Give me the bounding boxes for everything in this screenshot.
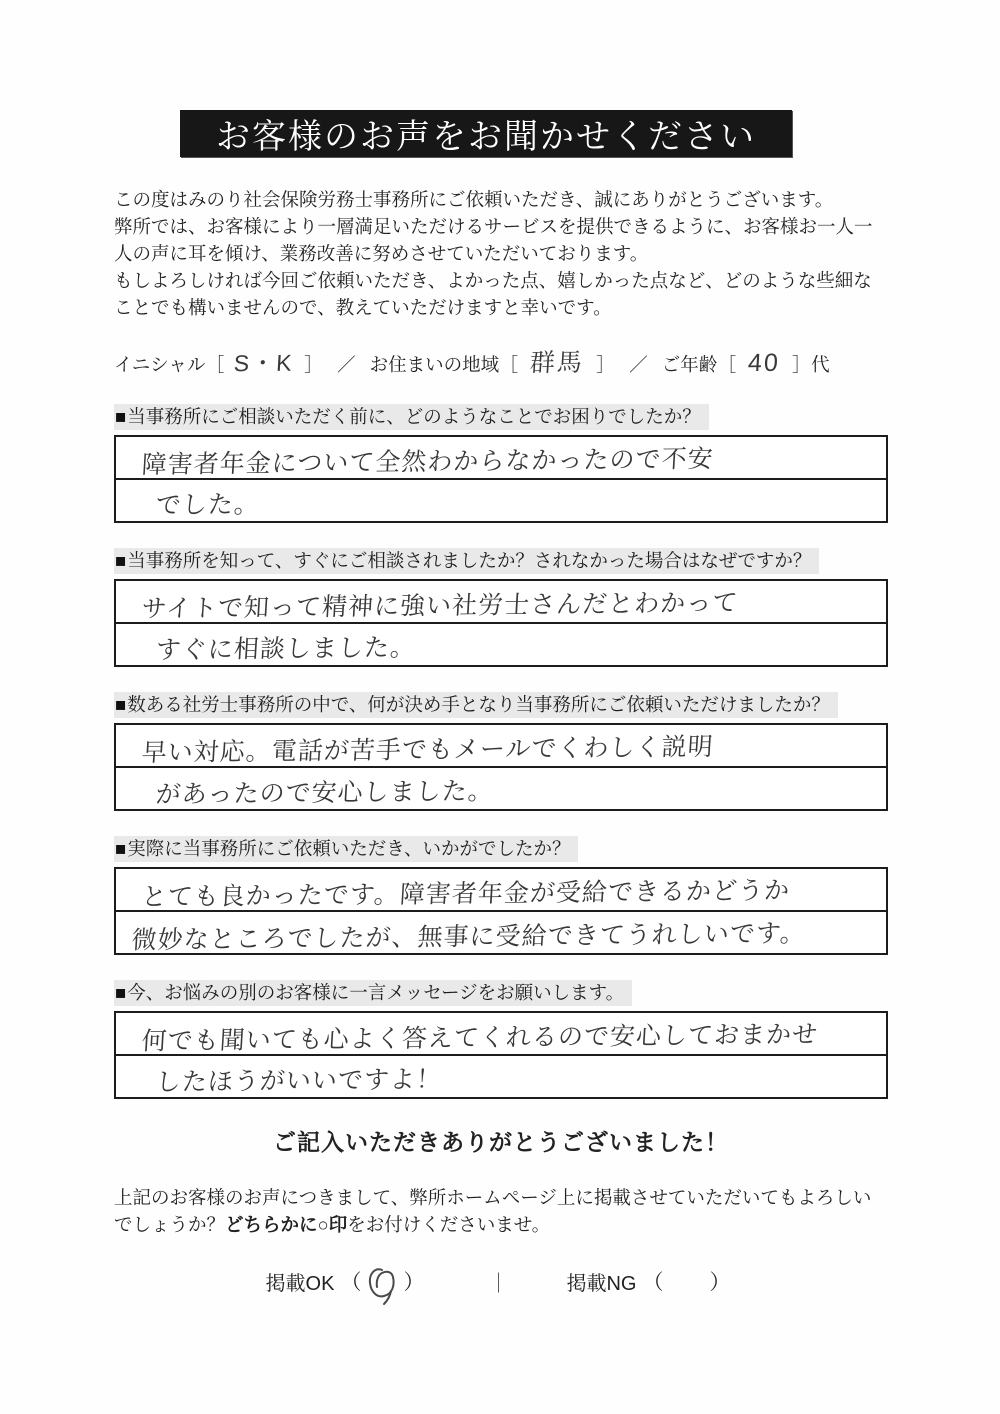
slash-separator: ／ — [337, 351, 356, 377]
handwritten-answer-line: とても良かったです。障害者年金が受給できるかどうか — [141, 871, 792, 914]
paren-close: ） — [709, 1266, 730, 1296]
handwritten-circle-icon — [365, 1263, 399, 1307]
age-label: ご年齢 — [662, 351, 718, 377]
publish-ng-option: 掲載NG （ ） — [566, 1266, 736, 1296]
initial-handwritten-value: S・K — [223, 345, 305, 379]
bullet-square-icon: ■ — [115, 406, 126, 427]
answer-box: 何でも聞いても心よく答えてくれるので安心しておまかせ したほうがいいですよ！ — [114, 1011, 888, 1099]
answer-row: とても良かったです。障害者年金が受給できるかどうか — [116, 869, 886, 912]
paren-close: ） — [403, 1266, 424, 1296]
answer-row: でした。 — [116, 480, 886, 521]
answer-row: すぐに相談しました。 — [116, 624, 886, 665]
publish-ok-option: 掲載OK （ ） — [266, 1259, 431, 1303]
question-block-5: ■今、お悩みの別のお客様に一言メッセージをお願いします。 何でも聞いても心よく答… — [114, 980, 888, 1099]
publish-ng-label: 掲載NG — [566, 1267, 636, 1296]
publish-ok-label: 掲載OK — [266, 1267, 335, 1296]
age-handwritten-value: 40 — [735, 349, 793, 379]
paren-open: （ — [340, 1266, 361, 1296]
intro-paragraph-2: 弊所では、お客様により一層満足いただけるサービスを提供できるように、お客様お一人… — [114, 213, 888, 267]
handwritten-answer-line: サイトで知って精神に強い社労士さんだとわかって — [141, 583, 740, 625]
bullet-square-icon: ■ — [115, 550, 126, 571]
scanned-feedback-form: お客様のお声をお聞かせください この度はみのり社会保険労務士事務所にご依頼いただ… — [0, 0, 1000, 1414]
consent-text-after: をお付けくださいませ。 — [347, 1214, 550, 1235]
thank-you-heading: ご記入いただきありがとうございました！ — [114, 1124, 888, 1157]
form-content: お客様のお声をお聞かせください この度はみのり社会保険労務士事務所にご依頼いただ… — [0, 0, 1000, 1303]
question-label: 当事務所にご相談いただく前に、どのようなことでお困りでしたか？ — [127, 406, 701, 427]
bracket-close: ］ — [596, 350, 615, 377]
initial-label: イニシャル — [114, 351, 205, 377]
age-suffix: 代 — [811, 351, 830, 377]
answer-row: 早い対応。電話が苦手でもメールでくわしく説明 — [116, 725, 886, 768]
answer-row: 微妙なところでしたが、無事に受給できてうれしいです。 — [116, 912, 886, 953]
consent-text-bold: どちらかに○印 — [225, 1214, 347, 1235]
intro-text: この度はみのり社会保険労務士事務所にご依頼いただき、誠にありがとうございます。 … — [114, 186, 888, 321]
divider-bar: ｜ — [488, 1267, 508, 1296]
answer-box: 早い対応。電話が苦手でもメールでくわしく説明 があったので安心しました。 — [114, 723, 888, 811]
answer-box: サイトで知って精神に強い社労士さんだとわかって すぐに相談しました。 — [114, 579, 888, 667]
handwritten-answer-line: 何でも聞いても心よく答えてくれるので安心しておまかせ — [141, 1014, 820, 1057]
question-header: ■数ある社労士事務所の中で、何が決め手となり当事務所にご依頼いただけましたか？ — [114, 692, 888, 718]
region-handwritten-value: 群馬 — [517, 343, 597, 380]
question-header: ■当事務所にご相談いただく前に、どのようなことでお困りでしたか？ — [114, 404, 888, 430]
answer-row: サイトで知って精神に強い社労士さんだとわかって — [116, 581, 886, 624]
page-title: お客様のお声をお聞かせください — [216, 109, 756, 158]
question-header: ■実際に当事務所にご依頼いただき、いかがでしたか？ — [114, 836, 888, 862]
question-label: 当事務所を知って、すぐにご相談されましたか？されなかった場合はなぜですか？ — [127, 550, 811, 571]
bullet-square-icon: ■ — [115, 838, 126, 859]
question-label: 数ある社労士事務所の中で、何が決め手となり当事務所にご依頼いただけましたか？ — [127, 694, 830, 715]
answer-row: したほうがいいですよ！ — [116, 1056, 886, 1097]
question-block-2: ■当事務所を知って、すぐにご相談されましたか？されなかった場合はなぜですか？ サ… — [114, 548, 888, 667]
bracket-open: ［ — [205, 350, 224, 377]
question-label: 今、お悩みの別のお客様に一言メッセージをお願いします。 — [127, 982, 624, 1003]
answer-box: 障害者年金について全然わからなかったので不安 でした。 — [114, 435, 888, 523]
bullet-square-icon: ■ — [115, 694, 126, 715]
answer-row: があったので安心しました。 — [116, 768, 886, 809]
question-block-1: ■当事務所にご相談いただく前に、どのようなことでお困りでしたか？ 障害者年金につ… — [114, 404, 888, 523]
bracket-open: ［ — [499, 350, 518, 377]
question-block-3: ■数ある社労士事務所の中で、何が決め手となり当事務所にご依頼いただけましたか？ … — [114, 692, 888, 811]
paren-open: （ — [642, 1266, 663, 1296]
publish-consent-text: 上記のお客様のお声につきまして、弊所ホームページ上に掲載させていただいてもよろし… — [114, 1184, 888, 1238]
question-header: ■当事務所を知って、すぐにご相談されましたか？されなかった場合はなぜですか？ — [114, 548, 888, 574]
bracket-open: ［ — [717, 350, 736, 377]
profile-line: イニシャル［S・K］ ／ お住まいの地域［群馬］ ／ ご年齢［40］代 — [114, 343, 888, 379]
answer-row: 何でも聞いても心よく答えてくれるので安心しておまかせ — [116, 1013, 886, 1056]
form-title-banner: お客様のお声をお聞かせください — [180, 110, 792, 157]
handwritten-answer-line: 微妙なところでしたが、無事に受給できてうれしいです。 — [131, 913, 807, 956]
bracket-close: ］ — [304, 350, 323, 377]
question-header: ■今、お悩みの別のお客様に一言メッセージをお願いします。 — [114, 980, 888, 1006]
answer-box: とても良かったです。障害者年金が受給できるかどうか 微妙なところでしたが、無事に… — [114, 867, 888, 955]
intro-paragraph-1: この度はみのり社会保険労務士事務所にご依頼いただき、誠にありがとうございます。 — [114, 186, 888, 213]
handwritten-answer-line: したほうがいいですよ！ — [155, 1060, 443, 1099]
intro-paragraph-3: もしよろしければ今回ご依頼いただき、よかった点、嬉しかった点など、どのような些細… — [114, 267, 888, 321]
question-label: 実際に当事務所にご依頼いただき、いかがでしたか？ — [127, 838, 570, 859]
region-label: お住まいの地域 — [370, 351, 500, 377]
handwritten-answer-line: 障害者年金について全然わからなかったので不安 — [141, 439, 715, 481]
handwritten-answer-line: すぐに相談しました。 — [155, 628, 417, 667]
question-block-4: ■実際に当事務所にご依頼いただき、いかがでしたか？ とても良かったです。障害者年… — [114, 836, 888, 955]
bullet-square-icon: ■ — [115, 982, 126, 1003]
bracket-close: ］ — [792, 350, 811, 377]
answer-row: 障害者年金について全然わからなかったので不安 — [116, 437, 886, 480]
handwritten-answer-line: 早い対応。電話が苦手でもメールでくわしく説明 — [141, 727, 715, 769]
handwritten-answer-line: があったので安心しました。 — [155, 771, 495, 811]
slash-separator: ／ — [629, 351, 648, 377]
publish-choice-row: 掲載OK （ ） ｜ 掲載NG （ ） — [114, 1259, 888, 1303]
handwritten-answer-line: でした。 — [155, 484, 261, 521]
